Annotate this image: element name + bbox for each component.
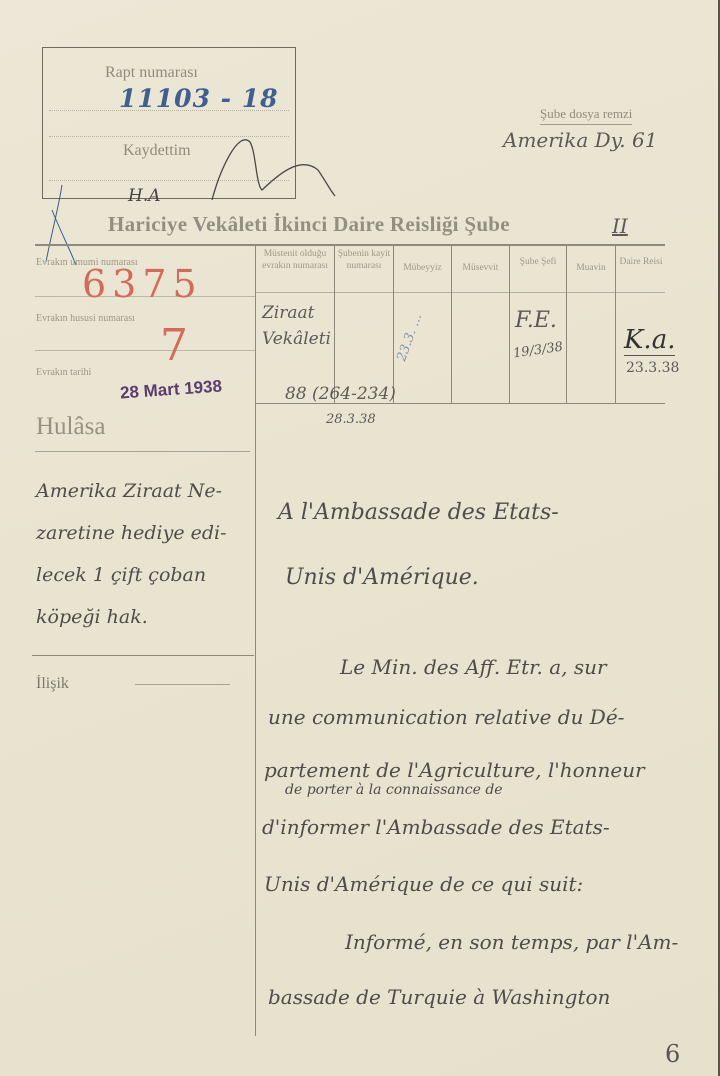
row-label-hususi: Evrakın hususi numarası <box>36 313 135 324</box>
col-header-mustenit: Müstenit olduğu evrakın numarası <box>256 248 334 272</box>
file-code-value: Amerika Dy. 61 <box>503 128 657 152</box>
col-header-muavin: Muavin <box>567 262 615 274</box>
file-code-label: Şube dosya remzi <box>540 106 632 125</box>
body-line: partement de l'Agriculture, l'honneur <box>264 758 645 782</box>
table-header-rule <box>255 292 665 293</box>
mustenit-date: 28.3.38 <box>326 412 376 427</box>
sube-sefi-date: 19/3/38 <box>512 340 564 362</box>
summary-line: zaretine hediye edi- <box>36 522 227 544</box>
column-divider <box>509 246 510 403</box>
row-label-tarih: Evrakın tarihi <box>36 367 91 378</box>
summary-line: Amerika Ziraat Ne- <box>36 480 222 502</box>
body-line: A l'Ambassade des Etats- <box>278 500 559 525</box>
body-line: Unis d'Amérique. <box>285 565 479 590</box>
summary-line: lecek 1 çift çoban <box>36 564 206 586</box>
daire-reisi-initials: K.a. <box>624 325 675 356</box>
summary-bottom-rule <box>32 655 254 656</box>
col-header-daire-reisi: Daire Reisi <box>616 256 666 268</box>
body-line: une communication relative du Dé- <box>268 705 624 729</box>
col-header-mubeyyiz: Mübeyyiz <box>394 262 451 274</box>
mustenit-value: Ziraat Vekâleti <box>262 300 337 352</box>
col-header-sube-sefi: Şube Şefi <box>510 256 566 268</box>
umumi-number: 6375 <box>82 262 203 306</box>
document-page: Rapt numarası 11103 - 18 Kaydettim H.A Ş… <box>0 0 720 1076</box>
column-divider <box>615 246 616 403</box>
body-line: Informé, en son temps, par l'Am- <box>345 930 678 954</box>
mustenit-ref: 88 (264-234) <box>285 384 396 404</box>
sube-sefi-initials: F.E. <box>515 308 557 333</box>
main-vertical-divider <box>255 246 256 1036</box>
attachment-label: İlişik <box>36 675 69 693</box>
table-top-rule <box>35 244 665 246</box>
row-rule <box>35 350 255 351</box>
col-header-subenin-kayit: Şubenin kayit numarası <box>335 248 393 272</box>
hususi-number: 7 <box>160 320 188 371</box>
date-stamp: 28 Mart 1938 <box>119 376 222 403</box>
summary-heading: Hulâsa <box>36 413 105 441</box>
attachment-line <box>135 684 230 685</box>
col-header-musevvit: Müsevvit <box>452 262 509 274</box>
summary-line: köpeği hak. <box>36 606 148 628</box>
page-title: Hariciye Vekâleti İkinci Daire Reisliği … <box>108 212 510 237</box>
sube-number: II <box>612 214 628 238</box>
daire-reisi-date: 23.3.38 <box>626 360 679 376</box>
body-line: Unis d'Amérique de ce qui suit: <box>264 872 583 896</box>
body-line: bassade de Turquie à Washington <box>268 985 610 1009</box>
page-number: 6 <box>665 1040 680 1068</box>
body-line: Le Min. des Aff. Etr. a, sur <box>340 655 607 679</box>
body-line: d'informer l'Ambassade des Etats- <box>262 815 610 839</box>
summary-rule <box>35 451 250 452</box>
mubeyyiz-note: 23.3. ... <box>394 312 425 364</box>
body-insert-line: de porter à la connaissance de <box>285 782 503 798</box>
